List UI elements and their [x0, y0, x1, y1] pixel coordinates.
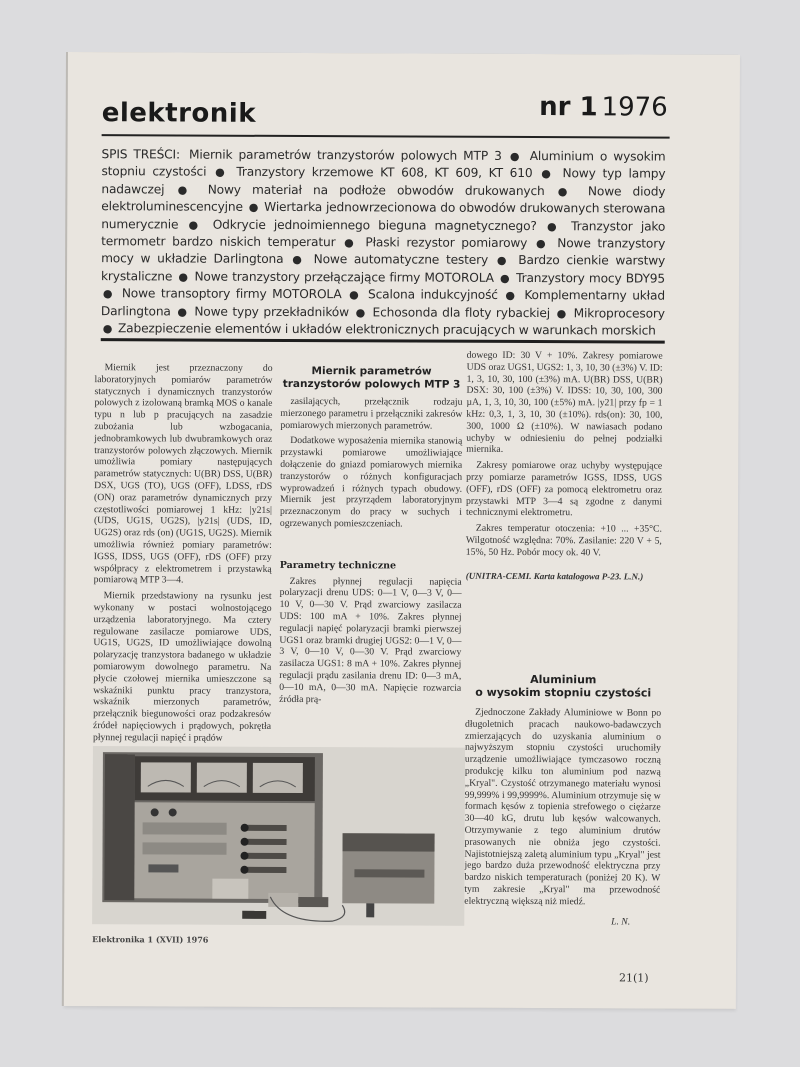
toc-item: Zabezpieczenie elementów i układów elekt… [118, 321, 656, 337]
toc-item: Nowe automatyczne testery [314, 253, 488, 268]
toc-items: Miernik parametrów tranzystorów polowych… [101, 148, 666, 338]
toc-item: Nowy materiał na podłoże obwodów drukowa… [208, 182, 545, 197]
bullet-icon: ● [541, 167, 554, 180]
toc-item: Nowe transoptory firmy MOTOROLA [122, 286, 342, 301]
article-aluminium: Aluminium o wysokim stopniu czystości Zj… [464, 674, 661, 928]
toc-item: Echosonda dla floty rybackiej [373, 305, 551, 320]
bullet-icon: ● [103, 287, 114, 300]
bullet-icon: ● [497, 254, 510, 267]
masthead: elektronik nr 11976 [102, 90, 668, 132]
bullet-icon: ● [344, 236, 357, 249]
device-photo [92, 746, 465, 926]
bullet-icon: ● [349, 288, 360, 301]
toc-item: Tranzystory mocy BDY95 [516, 271, 665, 286]
article-paragraph: zasilających, przełącznik rodzaju mierzo… [280, 396, 462, 432]
bullet-icon: ● [292, 253, 305, 266]
article-column-2: Miernik parametrów tranzystorów polowych… [279, 365, 462, 706]
bullet-icon: ● [249, 201, 259, 214]
toc-item: Tranzystory krzemowe KT 608, KT 609, KT … [236, 165, 532, 180]
article-title: Miernik parametrów tranzystorów polowych… [281, 365, 463, 391]
bullet-icon: ● [215, 166, 228, 179]
issue-year: 1976 [602, 92, 668, 122]
bullet-icon: ● [178, 183, 195, 196]
header-rule [102, 134, 670, 138]
bullet-icon: ● [547, 220, 561, 233]
table-of-contents: SPIS TREŚCI: Miernik parametrów tranzyst… [101, 146, 666, 340]
toc-item: Scalona indukcyjność [368, 288, 498, 303]
toc-item: Płaski rezystor pomiarowy [365, 235, 527, 250]
article-title: Aluminium o wysokim stopniu czystości [465, 674, 661, 700]
bullet-icon: ● [536, 237, 549, 250]
bullet-icon: ● [505, 289, 516, 302]
toc-item: Nowe typy przekładników [194, 304, 349, 319]
article-paragraph: Zakres temperatur otoczenia: +10 ... +35… [466, 523, 662, 559]
article-column-1: Miernik jest przeznaczony do laboratoryj… [93, 362, 273, 744]
bullet-icon: ● [189, 218, 203, 231]
toc-label: SPIS TREŚCI: [102, 147, 180, 161]
article-paragraph: Dodatkowe wyposażenia miernika stanowią … [280, 435, 462, 530]
toc-item: Mikroprocesory [574, 306, 665, 320]
toc-item: Odkrycie jednoimiennego bieguna magnetyc… [213, 217, 537, 232]
bullet-icon: ● [177, 305, 187, 318]
bullet-icon: ● [500, 272, 510, 285]
bullet-icon: ● [178, 270, 188, 283]
issue-info: nr 11976 [539, 92, 668, 123]
magazine-page: elektronik nr 11976 SPIS TREŚCI: Miernik… [64, 52, 740, 1009]
toc-item: Nowe tranzystory przełączające firmy MOT… [194, 269, 493, 284]
article-paragraph: dowego ID: 30 V + 10%. Zakresy pomiarowe… [466, 350, 662, 457]
bullet-icon: ● [557, 307, 567, 320]
article-paragraph: Zakresy pomiarowe oraz uchyby występując… [466, 460, 662, 520]
bullet-icon: ● [558, 185, 575, 198]
article-paragraph: Zakres płynnej regulacji napięcia polary… [279, 575, 462, 706]
bullet-icon: ● [510, 150, 522, 163]
article-column-3: dowego ID: 30 V + 10%. Zakresy pomiarowe… [466, 350, 663, 583]
article-paragraph: Zjednoczone Zakłady Aluminiowe w Bonn po… [464, 707, 661, 908]
article-paragraph: Miernik przedstawiony na rysunku jest wy… [93, 590, 272, 744]
issue-number: nr 1 [539, 92, 598, 122]
toc-item: Miernik parametrów tranzystorów polowych… [189, 148, 502, 163]
article-signature: L. N. [464, 915, 660, 928]
magazine-title: elektronik [102, 98, 256, 129]
article-paragraph: Miernik jest przeznaczony do laboratoryj… [94, 362, 273, 587]
page-number: 21(1) [619, 971, 649, 984]
bullet-icon: ● [356, 306, 366, 319]
section-heading: Parametry techniczne [280, 560, 462, 573]
article-source: (UNITRA-CEMI. Karta katalogowa P-23. L.N… [466, 570, 662, 583]
figure-caption: Elektronika 1 (XVII) 1976 [92, 934, 208, 945]
bullet-icon: ● [103, 322, 113, 335]
meter-illustration [92, 746, 465, 926]
